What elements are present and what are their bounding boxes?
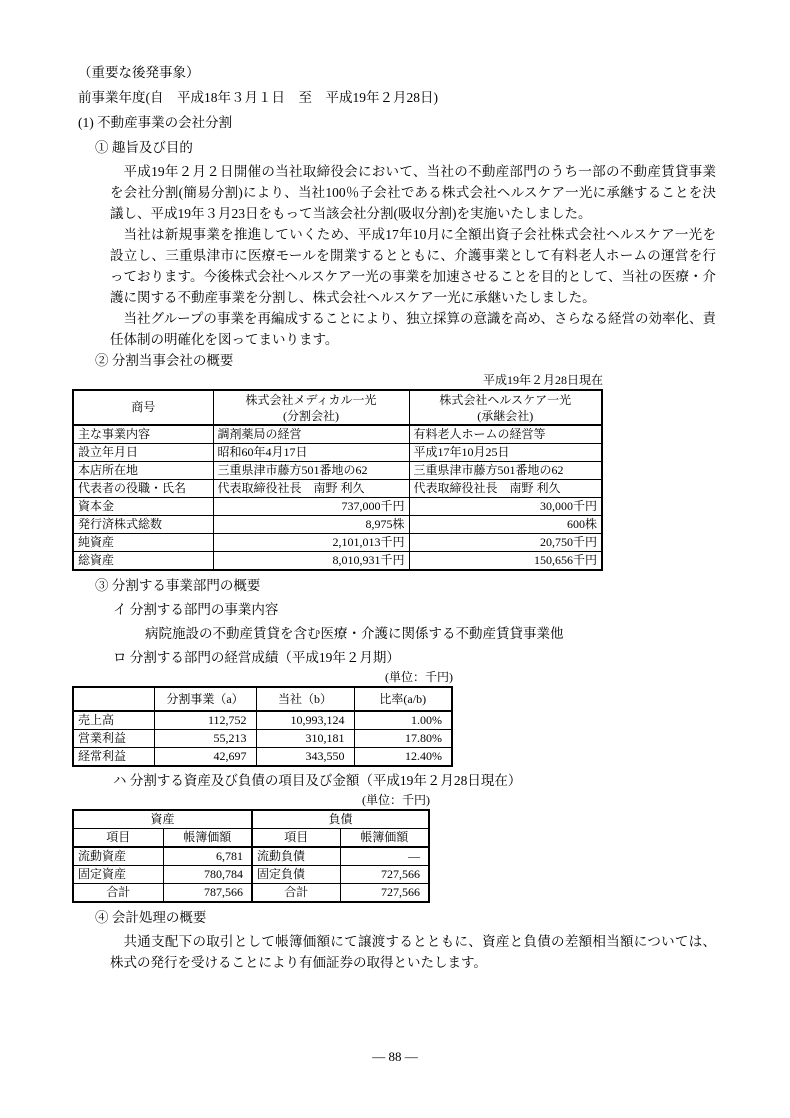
- page-number: ― 88 ―: [0, 1046, 790, 1067]
- liabilities-book-value-header: 帳簿価額: [340, 829, 429, 848]
- as-of-date: 平成19年２月28日現在: [72, 374, 603, 387]
- cell-value: 調剤薬局の経営: [213, 425, 409, 444]
- results-unit-label: (単位：千円): [72, 671, 453, 684]
- table-row: 純資産 2,101,013千円 20,750千円: [73, 534, 602, 552]
- succeeding-company-name: 株式会社ヘルスケア一光: [414, 392, 598, 408]
- accounting-title: ④ 会計処理の概要: [95, 907, 790, 928]
- table-row: 営業利益 55,213 310,181 17.80%: [73, 730, 452, 748]
- purpose-paragraph-3: 当社グループの事業を再編成することにより、独立採算の意識を高め、さらなる経営の効…: [110, 308, 716, 350]
- table-row: 発行済株式総数 8,975株 600株: [73, 516, 602, 534]
- row-label: 設立年月日: [73, 444, 213, 462]
- succeeding-company-role: (承継会社): [414, 408, 598, 424]
- cell-value: 2,101,013千円: [213, 534, 409, 552]
- table-row: 代表者の役職・氏名 代表取締役社長 南野 利久 代表取締役社長 南野 利久: [73, 480, 602, 498]
- splitting-company-role: (分割会社): [218, 408, 405, 424]
- table-row: 合計 787,566 合計 727,566: [73, 884, 429, 903]
- operating-results-table: 分割事業（a） 当社（b） 比率(a/b) 売上高 112,752 10,993…: [72, 686, 453, 767]
- splitting-company-name: 株式会社メディカル一光: [218, 392, 405, 408]
- table-header-row: 商号 株式会社メディカル一光 (分割会社) 株式会社ヘルスケア一光 (承継会社): [73, 390, 602, 425]
- split-business-header: 分割事業（a）: [154, 687, 256, 711]
- cell-value: 昭和60年4月17日: [213, 444, 409, 462]
- asset-value: 780,784: [163, 866, 252, 884]
- row-label: 経常利益: [73, 748, 154, 767]
- item-i-title: イ 分割する部門の事業内容: [113, 599, 790, 620]
- liability-item: 流動負債: [252, 847, 340, 866]
- assets-book-value-header: 帳簿価額: [163, 829, 252, 848]
- cell-value: 三重県津市藤方501番地の62: [409, 462, 602, 480]
- document-page: （重要な後発事象） 前事業年度(自 平成18年３月１日 至 平成19年２月28日…: [0, 0, 790, 1118]
- company-header: 当社（b）: [256, 687, 354, 711]
- company-overview-table: 商号 株式会社メディカル一光 (分割会社) 株式会社ヘルスケア一光 (承継会社)…: [72, 389, 603, 571]
- blank-header-cell: [73, 687, 154, 711]
- assets-item-header: 項目: [73, 829, 163, 848]
- assets-group-header: 資産: [73, 810, 252, 829]
- succeeding-company-header: 株式会社ヘルスケア一光 (承継会社): [409, 390, 602, 425]
- asset-total-value: 787,566: [163, 884, 252, 903]
- cell-value: 343,550: [256, 748, 354, 767]
- row-label: 発行済株式総数: [73, 516, 213, 534]
- assets-unit-label: (単位：千円): [72, 794, 430, 807]
- row-label: 営業利益: [73, 730, 154, 748]
- row-label: 本店所在地: [73, 462, 213, 480]
- liability-value: ―: [340, 847, 429, 866]
- table-row: 主な事業内容 調剤薬局の経営 有料老人ホームの経営等: [73, 425, 602, 444]
- asset-item: 固定資産: [73, 866, 163, 884]
- item-ha-title: ハ 分割する資産及び負債の項目及び金額（平成19年２月28日現在）: [113, 770, 790, 791]
- asset-value: 6,781: [163, 847, 252, 866]
- cell-value: 代表取締役社長 南野 利久: [409, 480, 602, 498]
- liability-item: 固定負債: [252, 866, 340, 884]
- cell-value: 代表取締役社長 南野 利久: [213, 480, 409, 498]
- row-label: 売上高: [73, 711, 154, 730]
- cell-value: 30,000千円: [409, 498, 602, 516]
- table-row: 本店所在地 三重県津市藤方501番地の62 三重県津市藤方501番地の62: [73, 462, 602, 480]
- ratio-header: 比率(a/b): [354, 687, 452, 711]
- cell-value: 平成17年10月25日: [409, 444, 602, 462]
- liabilities-group-header: 負債: [252, 810, 429, 829]
- assets-liabilities-table: 資産 負債 項目 帳簿価額 項目 帳簿価額 流動資産 6,781 流動負債 ― …: [72, 809, 430, 903]
- asset-item: 流動資産: [73, 847, 163, 866]
- table-row: 流動資産 6,781 流動負債 ―: [73, 847, 429, 866]
- cell-value: 17.80%: [354, 730, 452, 748]
- cell-value: 8,975株: [213, 516, 409, 534]
- row-label: 資本金: [73, 498, 213, 516]
- fiscal-period-line: 前事業年度(自 平成18年３月１日 至 平成19年２月28日): [78, 87, 790, 108]
- table-row: 総資産 8,010,931千円 150,656千円: [73, 552, 602, 571]
- purpose-paragraph-1: 平成19年２月２日開催の当社取締役会において、当社の不動産部門のうち一部の不動産…: [110, 161, 716, 224]
- splitting-company-header: 株式会社メディカル一光 (分割会社): [213, 390, 409, 425]
- cell-value: 8,010,931千円: [213, 552, 409, 571]
- cell-value: 55,213: [154, 730, 256, 748]
- group-header-row: 資産 負債: [73, 810, 429, 829]
- cell-value: 1.00%: [354, 711, 452, 730]
- liability-total-label: 合計: [252, 884, 340, 903]
- row-label: 主な事業内容: [73, 425, 213, 444]
- cell-value: 150,656千円: [409, 552, 602, 571]
- table-row: 資本金 737,000千円 30,000千円: [73, 498, 602, 516]
- table-row: 売上高 112,752 10,993,124 1.00%: [73, 711, 452, 730]
- liabilities-item-header: 項目: [252, 829, 340, 848]
- cell-value: 310,181: [256, 730, 354, 748]
- purpose-paragraph-2: 当社は新規事業を推進していくため、平成17年10月に全額出資子会社株式会社ヘルス…: [110, 224, 716, 308]
- section-1-title: (1) 不動産事業の会社分割: [78, 112, 790, 133]
- row-label: 総資産: [73, 552, 213, 571]
- liability-value: 727,566: [340, 866, 429, 884]
- cell-value: 10,993,124: [256, 711, 354, 730]
- item-ro-title: ロ 分割する部門の経営成績（平成19年２月期）: [113, 647, 790, 668]
- table-row: 固定資産 780,784 固定負債 727,566: [73, 866, 429, 884]
- company-overview-title: ② 分割当事会社の概要: [95, 350, 790, 371]
- purpose-title: ① 趣旨及び目的: [95, 137, 790, 158]
- item-i-body: 病院施設の不動産賃貸を含む医療・介護に関係する不動産賃貸事業他: [145, 623, 790, 644]
- asset-total-label: 合計: [73, 884, 163, 903]
- division-overview-title: ③ 分割する事業部門の概要: [95, 575, 790, 596]
- row-label: 純資産: [73, 534, 213, 552]
- row-label: 代表者の役職・氏名: [73, 480, 213, 498]
- cell-value: 42,697: [154, 748, 256, 767]
- corner-cell: 商号: [73, 390, 213, 425]
- cell-value: 20,750千円: [409, 534, 602, 552]
- table-header-row: 分割事業（a） 当社（b） 比率(a/b): [73, 687, 452, 711]
- table-row: 経常利益 42,697 343,550 12.40%: [73, 748, 452, 767]
- liability-total-value: 727,566: [340, 884, 429, 903]
- cell-value: 737,000千円: [213, 498, 409, 516]
- cell-value: 600株: [409, 516, 602, 534]
- accounting-paragraph: 共通支配下の取引として帳簿価額にて譲渡するとともに、資産と負債の差額相当額につい…: [110, 931, 716, 973]
- column-header-row: 項目 帳簿価額 項目 帳簿価額: [73, 829, 429, 848]
- cell-value: 三重県津市藤方501番地の62: [213, 462, 409, 480]
- important-subsequent-events-heading: （重要な後発事象）: [78, 62, 790, 83]
- cell-value: 12.40%: [354, 748, 452, 767]
- cell-value: 112,752: [154, 711, 256, 730]
- cell-value: 有料老人ホームの経営等: [409, 425, 602, 444]
- table-row: 設立年月日 昭和60年4月17日 平成17年10月25日: [73, 444, 602, 462]
